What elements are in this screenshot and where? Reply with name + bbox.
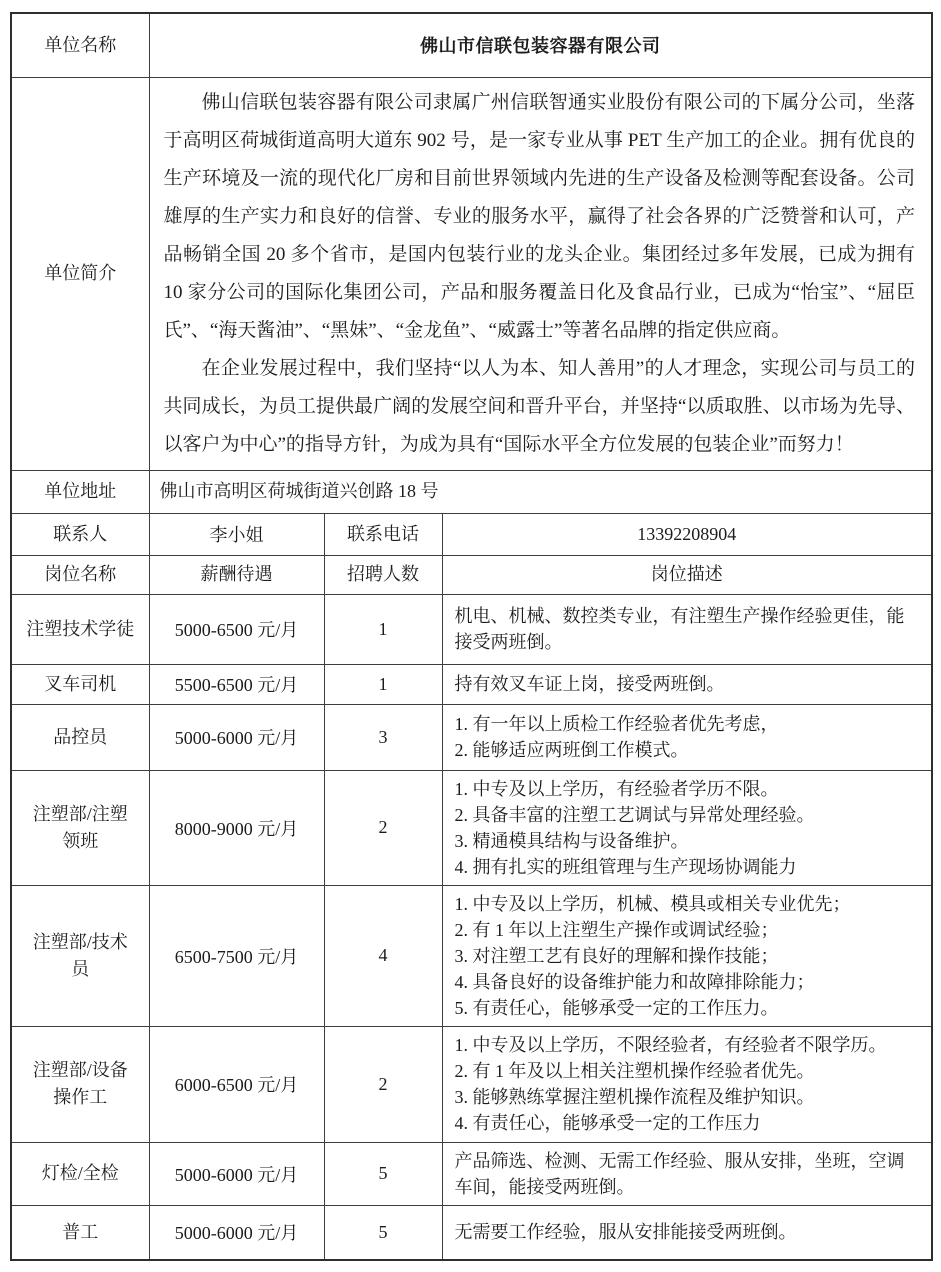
company-intro-paragraph-2: 在企业发展过程中，我们坚持“以人为本、知人善用”的人才理念，实现公司与员工的共同… [164,350,916,464]
company-job-table: 单位名称 佛山市信联包装容器有限公司 单位简介 佛山信联包装容器有限公司隶属广州… [10,12,933,1261]
job-position: 注塑部/设备操作工 [11,1026,149,1142]
job-salary: 5000-6500 元/月 [149,594,324,664]
company-name-value: 佛山市信联包装容器有限公司 [149,13,932,77]
job-count: 1 [324,664,442,704]
header-position: 岗位名称 [11,555,149,594]
company-name-row: 单位名称 佛山市信联包装容器有限公司 [11,13,932,77]
header-description: 岗位描述 [442,555,932,594]
job-description: 产品筛选、检测、无需工作经验、服从安排，坐班，空调车间，能接受两班倒。 [442,1142,932,1205]
contact-phone-value: 13392208904 [442,513,932,555]
job-salary: 5500-6500 元/月 [149,664,324,704]
job-salary: 5000-6000 元/月 [149,1205,324,1260]
job-description: 持有效叉车证上岗，接受两班倒。 [442,664,932,704]
job-row: 普工 5000-6000 元/月 5 无需要工作经验，服从安排能接受两班倒。 [11,1205,932,1260]
job-salary: 5000-6000 元/月 [149,704,324,770]
job-row: 叉车司机 5500-6500 元/月 1 持有效叉车证上岗，接受两班倒。 [11,664,932,704]
job-position: 普工 [11,1205,149,1260]
header-salary: 薪酬待遇 [149,555,324,594]
company-name-label: 单位名称 [11,13,149,77]
job-salary: 8000-9000 元/月 [149,770,324,885]
job-description: 机电、机械、数控类专业，有注塑生产操作经验更佳，能接受两班倒。 [442,594,932,664]
job-count: 2 [324,1026,442,1142]
header-count: 招聘人数 [324,555,442,594]
contact-row: 联系人 李小姐 联系电话 13392208904 [11,513,932,555]
job-position: 注塑技术学徒 [11,594,149,664]
job-posting-document: 单位名称 佛山市信联包装容器有限公司 单位简介 佛山信联包装容器有限公司隶属广州… [0,0,941,1272]
job-position: 品控员 [11,704,149,770]
job-salary: 6000-6500 元/月 [149,1026,324,1142]
job-salary: 5000-6000 元/月 [149,1142,324,1205]
job-description: 1. 中专及以上学历，有经验者学历不限。 2. 具备丰富的注塑工艺调试与异常处理… [442,770,932,885]
job-row: 品控员 5000-6000 元/月 3 1. 有一年以上质检工作经验者优先考虑，… [11,704,932,770]
job-row: 注塑部/注塑领班 8000-9000 元/月 2 1. 中专及以上学历，有经验者… [11,770,932,885]
company-address-value: 佛山市高明区荷城街道兴创路 18 号 [149,470,932,513]
job-position: 叉车司机 [11,664,149,704]
job-salary: 6500-7500 元/月 [149,885,324,1026]
job-position: 灯检/全检 [11,1142,149,1205]
company-address-row: 单位地址 佛山市高明区荷城街道兴创路 18 号 [11,470,932,513]
job-count: 5 [324,1205,442,1260]
job-row: 注塑技术学徒 5000-6500 元/月 1 机电、机械、数控类专业，有注塑生产… [11,594,932,664]
company-intro-cell: 佛山信联包装容器有限公司隶属广州信联智通实业股份有限公司的下属分公司，坐落于高明… [149,77,932,470]
job-row: 灯检/全检 5000-6000 元/月 5 产品筛选、检测、无需工作经验、服从安… [11,1142,932,1205]
job-position: 注塑部/注塑领班 [11,770,149,885]
job-description: 1. 中专及以上学历，机械、模具或相关专业优先； 2. 有 1 年以上注塑生产操… [442,885,932,1026]
job-count: 5 [324,1142,442,1205]
job-count: 3 [324,704,442,770]
job-description: 1. 有一年以上质检工作经验者优先考虑， 2. 能够适应两班倒工作模式。 [442,704,932,770]
job-description: 1. 中专及以上学历，不限经验者，有经验者不限学历。 2. 有 1 年及以上相关… [442,1026,932,1142]
contact-person-value: 李小姐 [149,513,324,555]
job-count: 1 [324,594,442,664]
job-position: 注塑部/技术员 [11,885,149,1026]
contact-person-label: 联系人 [11,513,149,555]
job-table-header-row: 岗位名称 薪酬待遇 招聘人数 岗位描述 [11,555,932,594]
contact-phone-label: 联系电话 [324,513,442,555]
company-intro-row: 单位简介 佛山信联包装容器有限公司隶属广州信联智通实业股份有限公司的下属分公司，… [11,77,932,470]
company-intro-label: 单位简介 [11,77,149,470]
company-address-label: 单位地址 [11,470,149,513]
job-count: 4 [324,885,442,1026]
job-row: 注塑部/设备操作工 6000-6500 元/月 2 1. 中专及以上学历，不限经… [11,1026,932,1142]
job-row: 注塑部/技术员 6500-7500 元/月 4 1. 中专及以上学历，机械、模具… [11,885,932,1026]
job-description: 无需要工作经验，服从安排能接受两班倒。 [442,1205,932,1260]
company-intro-paragraph-1: 佛山信联包装容器有限公司隶属广州信联智通实业股份有限公司的下属分公司，坐落于高明… [164,84,916,350]
job-count: 2 [324,770,442,885]
